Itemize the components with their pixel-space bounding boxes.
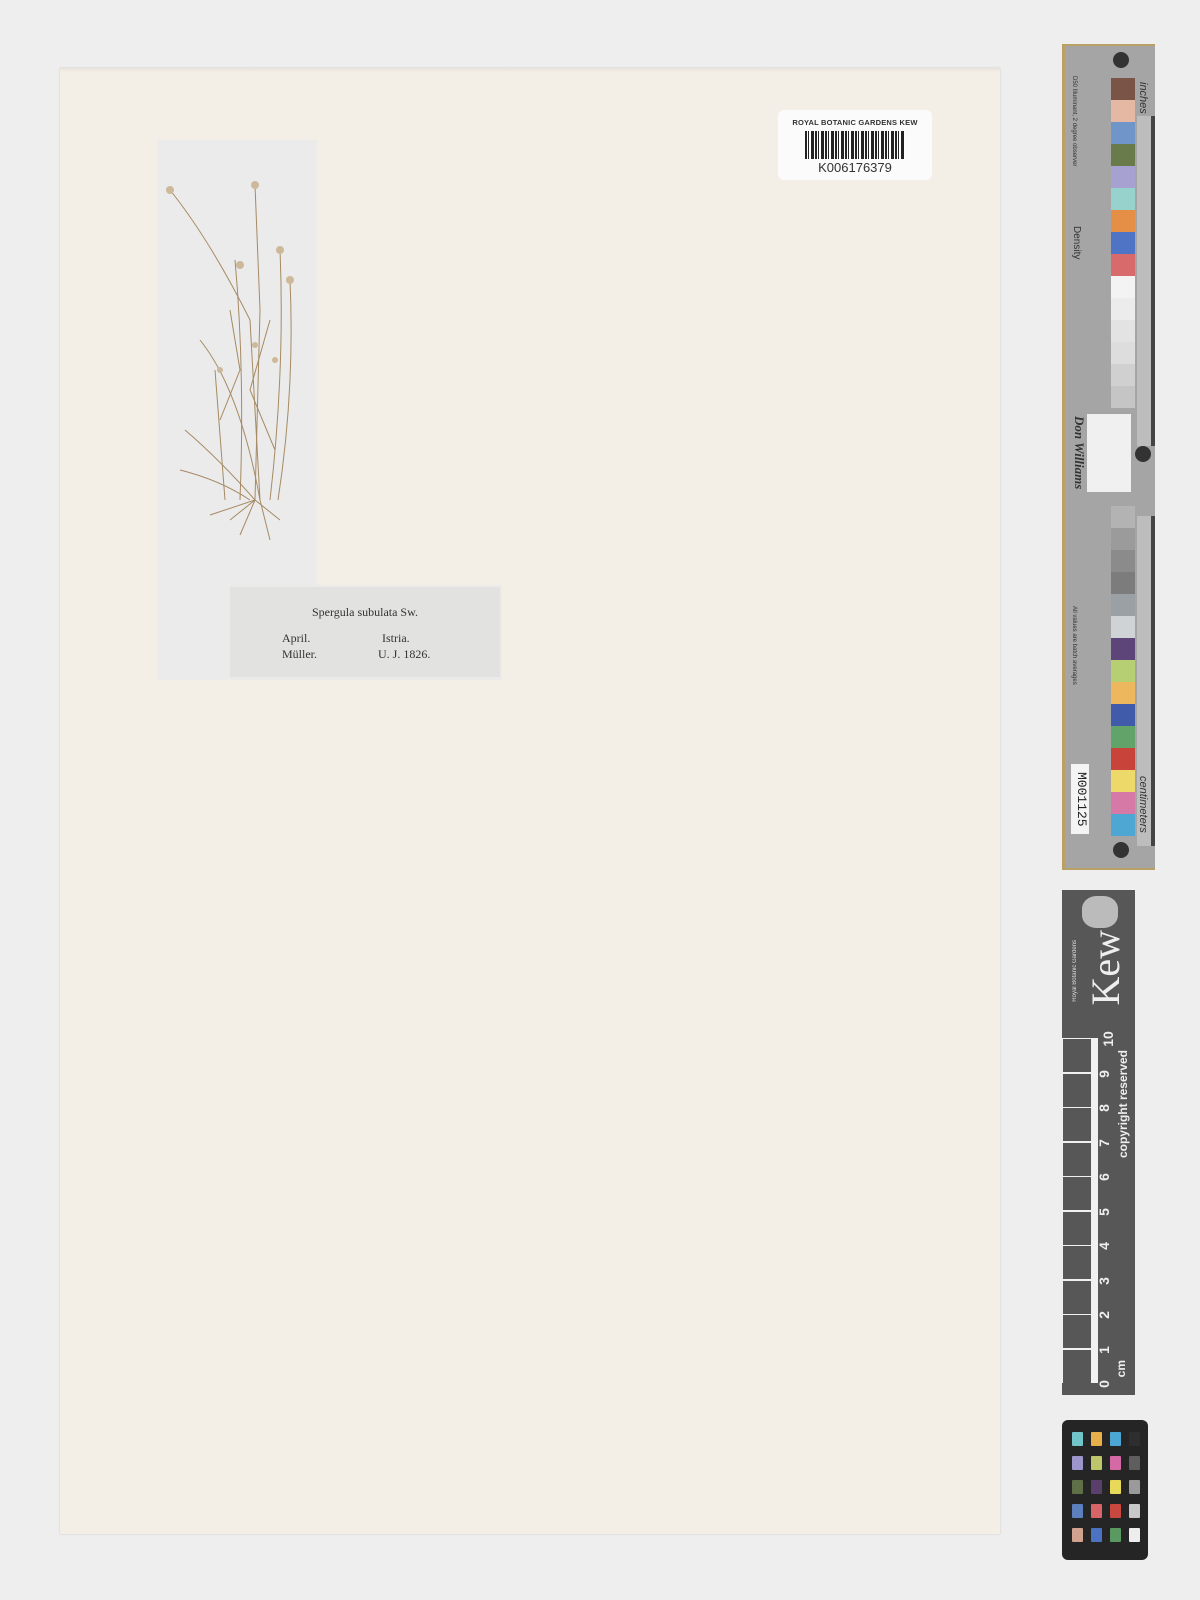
cm-tick bbox=[1063, 1315, 1091, 1348]
checker-patch bbox=[1091, 1456, 1102, 1470]
color-swatch bbox=[1111, 386, 1135, 408]
checker-patch bbox=[1129, 1456, 1140, 1470]
cm-tick-scale bbox=[1062, 1038, 1098, 1383]
cm-tick bbox=[1063, 1350, 1091, 1383]
checker-patch bbox=[1110, 1528, 1121, 1542]
checker-patch bbox=[1129, 1504, 1140, 1518]
collection-month: April. bbox=[282, 631, 310, 646]
locality: Istria. bbox=[382, 631, 410, 646]
inch-scale bbox=[1137, 116, 1155, 446]
color-swatch bbox=[1111, 276, 1135, 298]
ruler-hole-icon bbox=[1135, 446, 1151, 462]
cm-number: 7 bbox=[1096, 1139, 1112, 1147]
cm-number: 10 bbox=[1100, 1031, 1116, 1047]
color-swatch bbox=[1111, 792, 1135, 814]
centimeters-label: centimeters bbox=[1137, 776, 1149, 833]
kew-logo: Kew bbox=[1082, 930, 1129, 1006]
barcode-organization: ROYAL BOTANIC GARDENS KEW bbox=[778, 118, 932, 127]
cm-number: 4 bbox=[1096, 1242, 1112, 1250]
cm-unit-label: cm bbox=[1114, 1360, 1128, 1377]
checker-patch bbox=[1091, 1432, 1102, 1446]
cm-tick bbox=[1063, 1177, 1091, 1210]
color-swatch bbox=[1111, 616, 1135, 638]
color-swatch bbox=[1111, 770, 1135, 792]
checker-patch bbox=[1110, 1480, 1121, 1494]
brand-label: Don Williams bbox=[1071, 416, 1087, 489]
cm-tick bbox=[1063, 1108, 1091, 1141]
specimen-label: Spergula subulata Sw. April. Müller. Ist… bbox=[230, 587, 500, 677]
checker-patch bbox=[1129, 1480, 1140, 1494]
color-swatch bbox=[1111, 100, 1135, 122]
collector-name: Müller. bbox=[282, 647, 317, 662]
kew-crest-icon bbox=[1082, 896, 1118, 928]
barcode-label: ROYAL BOTANIC GARDENS KEW K006176379 bbox=[778, 110, 932, 180]
cm-numbers: 012345678910 bbox=[1098, 1038, 1118, 1383]
color-swatch bbox=[1111, 320, 1135, 342]
cm-number: 3 bbox=[1096, 1277, 1112, 1285]
kew-scale-bar: Kew Royal Botanic Gardens 012345678910 c… bbox=[1062, 890, 1135, 1395]
cm-tick bbox=[1063, 1246, 1091, 1279]
color-swatch bbox=[1111, 232, 1135, 254]
color-swatch bbox=[1111, 726, 1135, 748]
color-swatch bbox=[1111, 506, 1135, 528]
color-swatch bbox=[1111, 144, 1135, 166]
color-swatch bbox=[1111, 748, 1135, 770]
cm-number: 2 bbox=[1096, 1311, 1112, 1319]
checker-patch bbox=[1091, 1504, 1102, 1518]
plant-specimen bbox=[160, 170, 310, 550]
checker-patch bbox=[1110, 1432, 1121, 1446]
illuminant-note: D50 Illuminant, 2 degree observer bbox=[1071, 76, 1077, 166]
checker-patch bbox=[1072, 1504, 1083, 1518]
kew-logo-subtitle: Royal Botanic Gardens bbox=[1072, 940, 1078, 1002]
color-swatch bbox=[1111, 364, 1135, 386]
checker-patch bbox=[1110, 1504, 1121, 1518]
checker-patch bbox=[1110, 1456, 1121, 1470]
taxon-name: Spergula subulata Sw. bbox=[230, 605, 500, 620]
color-swatch bbox=[1111, 254, 1135, 276]
color-swatch bbox=[1111, 682, 1135, 704]
checker-patch bbox=[1129, 1432, 1140, 1446]
checker-patch bbox=[1072, 1456, 1083, 1470]
color-swatch bbox=[1111, 166, 1135, 188]
color-swatch bbox=[1111, 122, 1135, 144]
cm-tick bbox=[1063, 1143, 1091, 1176]
checker-patch bbox=[1072, 1432, 1083, 1446]
barcode-number: K006176379 bbox=[778, 160, 932, 175]
checker-patch bbox=[1072, 1480, 1083, 1494]
cm-number: 9 bbox=[1096, 1070, 1112, 1078]
density-label: Density bbox=[1071, 226, 1082, 259]
cm-number: 0 bbox=[1096, 1380, 1112, 1388]
color-swatch bbox=[1111, 550, 1135, 572]
grey-card bbox=[1087, 414, 1131, 492]
ruler-hole-icon bbox=[1113, 52, 1129, 68]
color-swatch bbox=[1111, 342, 1135, 364]
color-swatch bbox=[1111, 572, 1135, 594]
copyright-text: copyright reserved bbox=[1116, 1050, 1130, 1158]
color-swatch bbox=[1111, 660, 1135, 682]
cm-tick bbox=[1063, 1039, 1091, 1072]
color-swatch bbox=[1111, 814, 1135, 836]
checker-patch bbox=[1129, 1528, 1140, 1542]
color-ruler: inches centimeters Don Williams Density … bbox=[1062, 44, 1155, 870]
cm-number: 5 bbox=[1096, 1208, 1112, 1216]
checker-patch bbox=[1091, 1480, 1102, 1494]
checker-patch bbox=[1072, 1528, 1083, 1542]
cm-tick bbox=[1063, 1281, 1091, 1314]
color-checker-card bbox=[1062, 1420, 1148, 1560]
batch-note: All values are batch averages bbox=[1071, 606, 1077, 685]
color-swatch bbox=[1111, 298, 1135, 320]
collection-ref: U. J. 1826. bbox=[378, 647, 430, 662]
barcode-icon bbox=[805, 131, 905, 159]
color-swatch bbox=[1111, 638, 1135, 660]
color-swatch bbox=[1111, 704, 1135, 726]
color-swatch bbox=[1111, 188, 1135, 210]
cm-tick bbox=[1063, 1074, 1091, 1107]
cm-number: 6 bbox=[1096, 1173, 1112, 1181]
color-swatch bbox=[1111, 594, 1135, 616]
color-swatch bbox=[1111, 528, 1135, 550]
checker-patch bbox=[1091, 1528, 1102, 1542]
ruler-id-code: M001125 bbox=[1071, 764, 1089, 834]
color-swatch bbox=[1111, 78, 1135, 100]
inches-label: inches bbox=[1137, 82, 1149, 114]
cm-number: 1 bbox=[1096, 1346, 1112, 1354]
ruler-hole-icon bbox=[1113, 842, 1129, 858]
color-swatch bbox=[1111, 210, 1135, 232]
cm-tick bbox=[1063, 1212, 1091, 1245]
cm-number: 8 bbox=[1096, 1104, 1112, 1112]
